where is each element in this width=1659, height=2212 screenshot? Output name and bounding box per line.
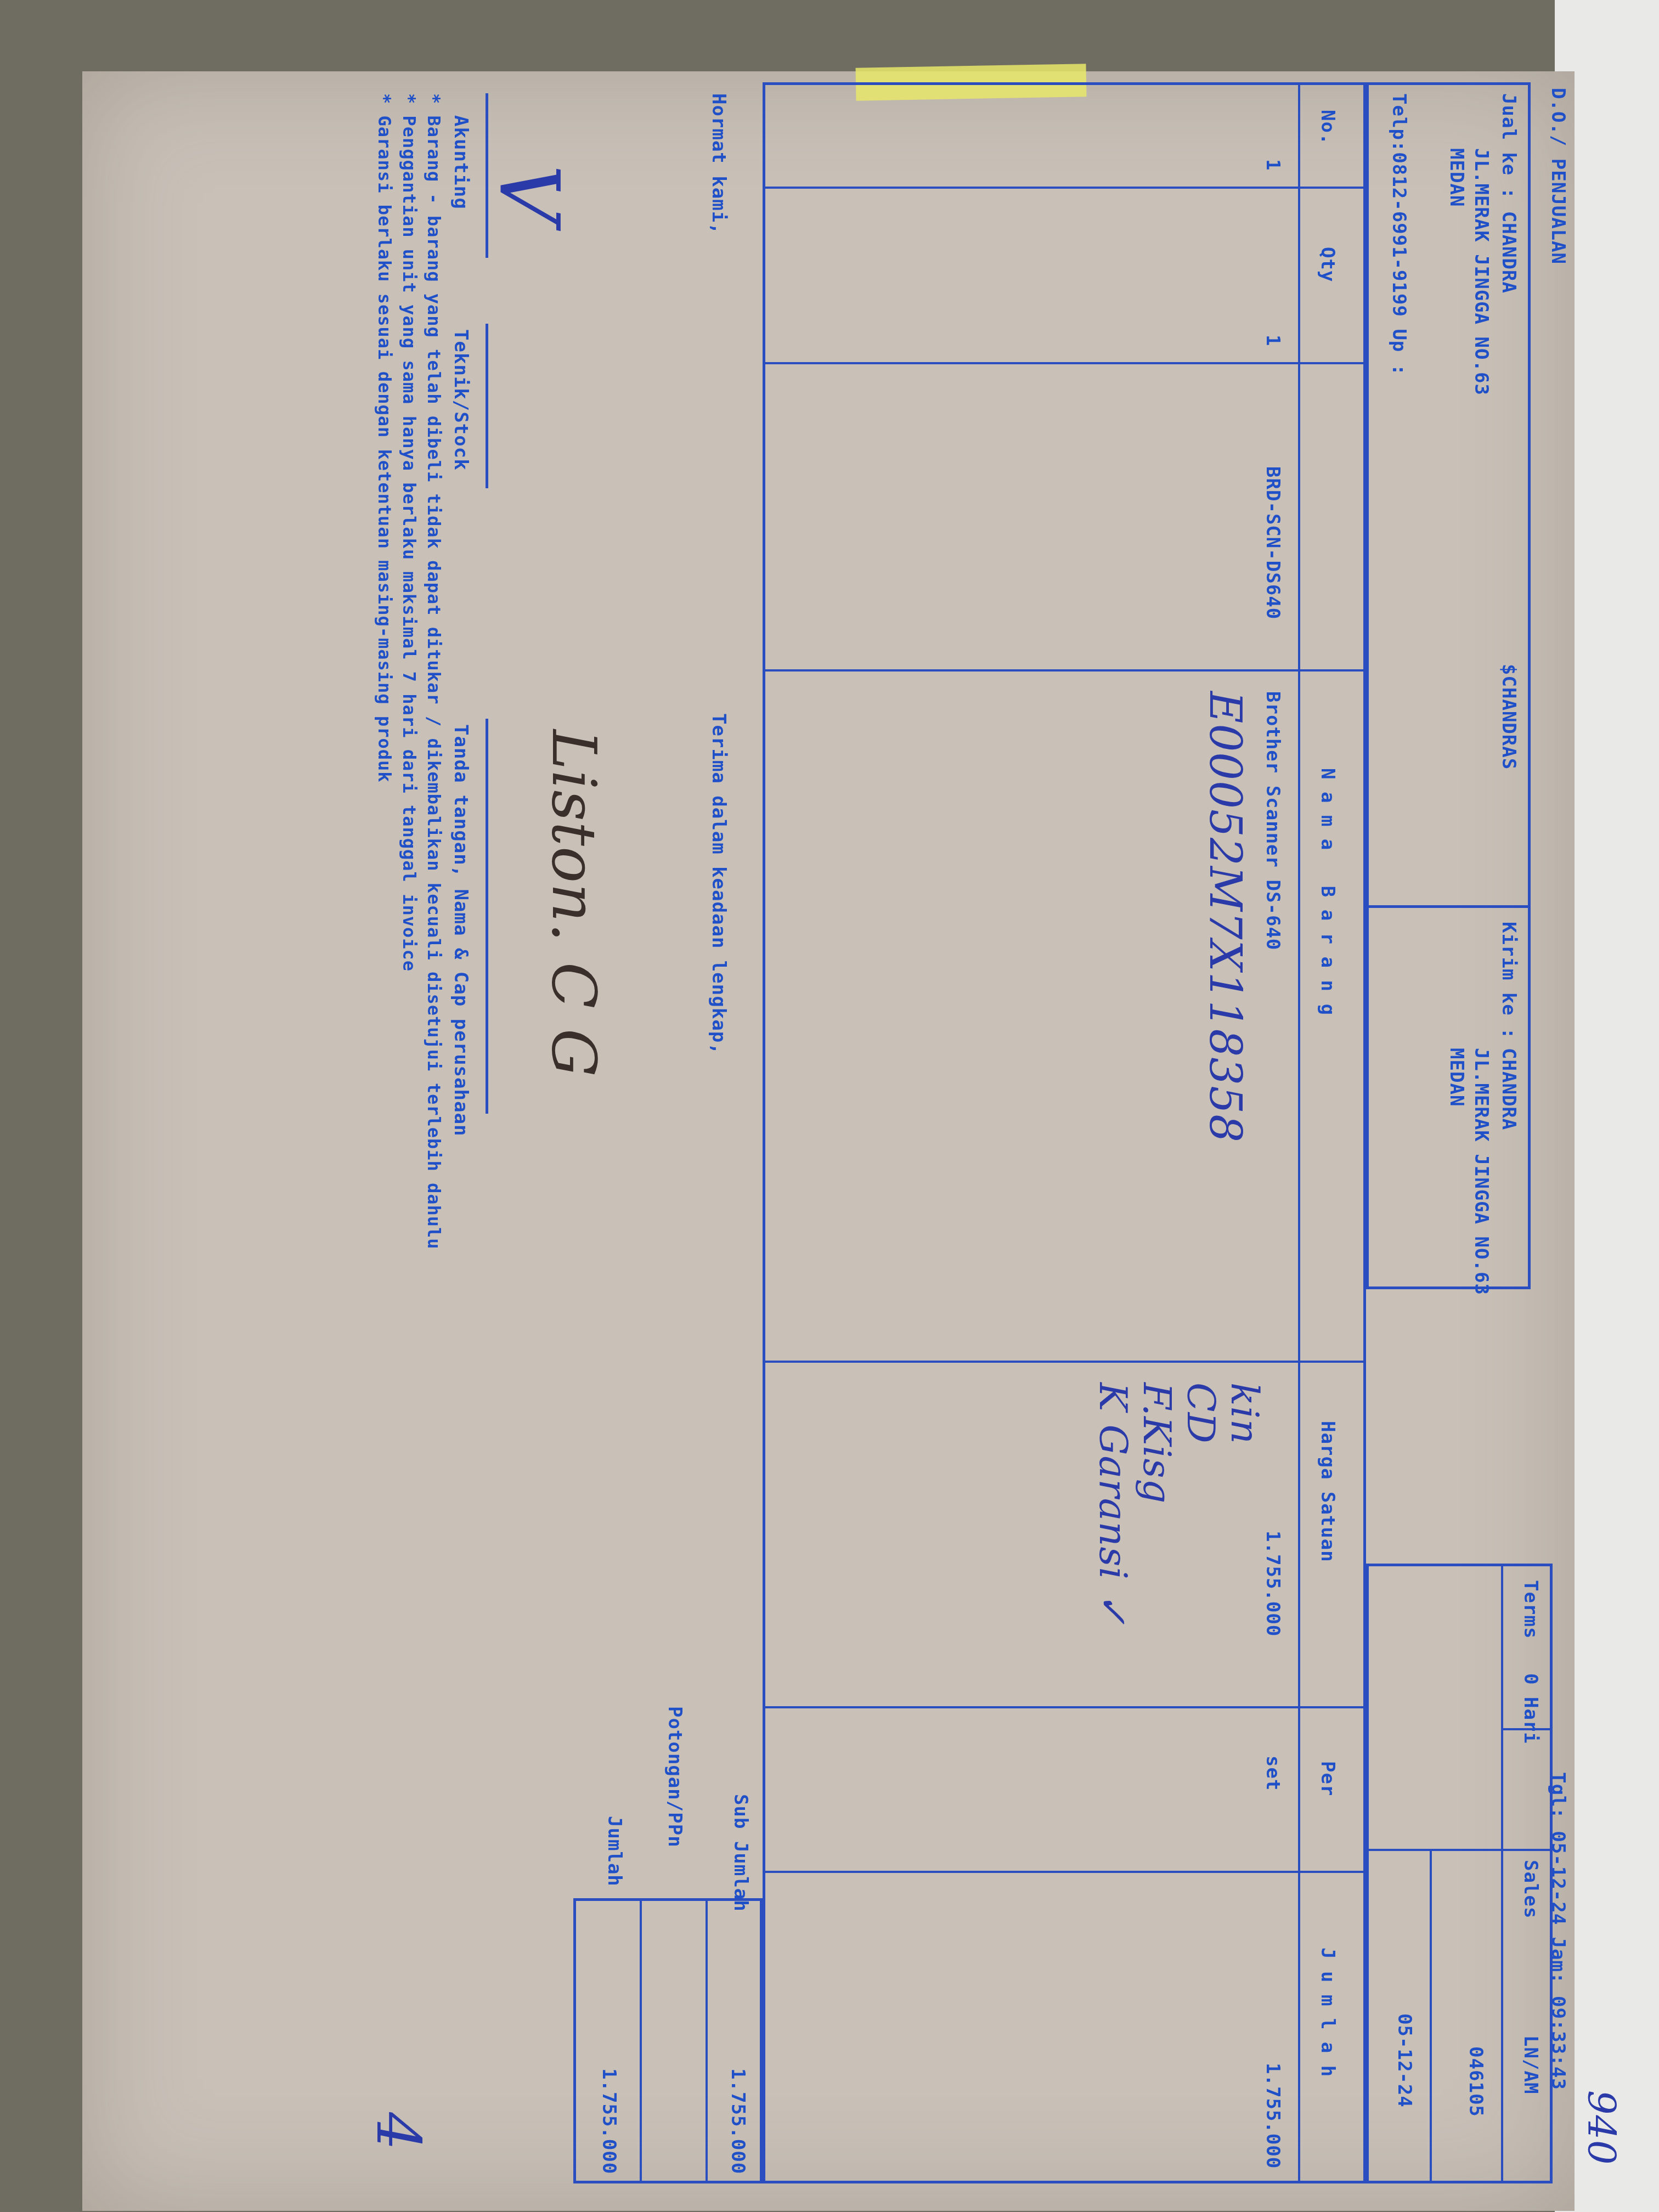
handwritten-check-4: K Garansi ✓ xyxy=(1091,1383,1136,1626)
accounting-signature-mark: V xyxy=(481,165,576,224)
bill-to-phone: Telp:0812-6991-9199 Up : xyxy=(1388,93,1410,376)
regards-label: Hormat kami, xyxy=(708,93,730,235)
items-table xyxy=(763,82,1366,2183)
sales-label: Sales xyxy=(1520,1860,1542,1918)
handwritten-number: 940 xyxy=(1579,2090,1624,2165)
header-qty: Qty xyxy=(1317,247,1339,282)
total-value: 1.755.000 xyxy=(598,2068,620,2174)
margin-mark: 4 xyxy=(363,2112,433,2151)
ship-to-address: JL.MERAK JINGGA NO.63 xyxy=(1470,1048,1492,1295)
row-unit-price: 1.755.000 xyxy=(1262,1531,1284,1637)
note-2: * Penggantian unit yang sama hanya berla… xyxy=(399,93,420,972)
divider xyxy=(706,1898,708,2183)
handwritten-check-3: F.Kisg xyxy=(1135,1383,1180,1504)
divider xyxy=(1430,1849,1432,2183)
header-per: Per xyxy=(1317,1761,1339,1796)
discount-label: Potongan/PPn xyxy=(664,1706,686,1848)
bill-to-code: $CHANDRAS xyxy=(1498,664,1520,770)
divider xyxy=(640,1898,642,2183)
handwritten-serial: E00052M7X118358 xyxy=(1200,691,1251,1143)
signature-line-receiver xyxy=(486,719,488,1114)
received-signature: Liston. C G xyxy=(539,730,609,1077)
row-item-code: BRD-SCN-DS640 xyxy=(1262,466,1284,619)
tech-stock-label: Teknik/Stock xyxy=(450,329,472,471)
invoice-document: D.O./ PENJUALAN Tgl: 05-12-24 Jam: 09:33… xyxy=(104,82,1575,2183)
header-unit-price: Harga Satuan xyxy=(1317,1421,1339,1562)
column-divider xyxy=(763,669,1366,672)
accounting-label: Akunting xyxy=(450,115,472,210)
row-item-name: Brother Scanner DS-640 xyxy=(1262,691,1284,950)
doc-title: D.O./ PENJUALAN xyxy=(1547,88,1569,264)
column-divider xyxy=(763,187,1366,189)
ship-to-city: MEDAN xyxy=(1446,1048,1468,1107)
column-divider xyxy=(763,362,1366,364)
row-qty: 1 xyxy=(1262,335,1284,346)
column-divider xyxy=(763,1706,1366,1708)
divider xyxy=(1366,905,1531,908)
subtotal-label: Sub Jumlah xyxy=(730,1794,752,1912)
note-3: * Garansi berlaku sesuai dengan ketentua… xyxy=(374,93,395,782)
signature-line-stock xyxy=(486,324,488,488)
column-divider xyxy=(763,1361,1366,1363)
terms-label: Terms xyxy=(1520,1580,1542,1639)
bill-to-address: JL.MERAK JINGGA NO.63 xyxy=(1470,148,1492,396)
note-1: * Barang - barang yang telah dibeli tida… xyxy=(424,93,444,1250)
company-sign-label: Tanda tangan, Nama & Cap perusahaan xyxy=(450,724,472,1136)
divider xyxy=(1366,1849,1553,1851)
handwritten-check-1: kin xyxy=(1222,1383,1267,1444)
row-amount: 1.755.000 xyxy=(1262,2063,1284,2169)
received-label: Terima dalam keadaan lengkap, xyxy=(708,713,730,1055)
invoice-date: 05-12-24 xyxy=(1393,2013,1415,2108)
invoice-number: 046105 xyxy=(1465,2046,1487,2117)
sales-value: LN/AM xyxy=(1520,2035,1542,2094)
subtotal-value: 1.755.000 xyxy=(727,2068,749,2174)
handwritten-check-2: CD xyxy=(1178,1383,1223,1444)
header-item-name: N a m a B a r a n g xyxy=(1317,768,1339,1015)
table-header-divider xyxy=(1298,82,1300,2183)
header-no: No. xyxy=(1317,110,1339,145)
bill-to-city: MEDAN xyxy=(1446,148,1468,207)
bill-to-label: Jual ke : CHANDRA xyxy=(1498,93,1520,294)
terms-value: 0 Hari xyxy=(1520,1673,1542,1744)
header-amount: J u m l a h xyxy=(1317,1948,1339,2077)
total-label: Jumlah xyxy=(603,1816,625,1887)
row-no: 1 xyxy=(1262,159,1284,171)
row-per: set xyxy=(1262,1756,1284,1791)
ship-to-label: Kirim ke : xyxy=(1498,922,1520,1040)
ship-to-name: CHANDRA xyxy=(1498,1048,1520,1130)
divider xyxy=(1501,1564,1503,2183)
column-divider xyxy=(763,1871,1366,1873)
